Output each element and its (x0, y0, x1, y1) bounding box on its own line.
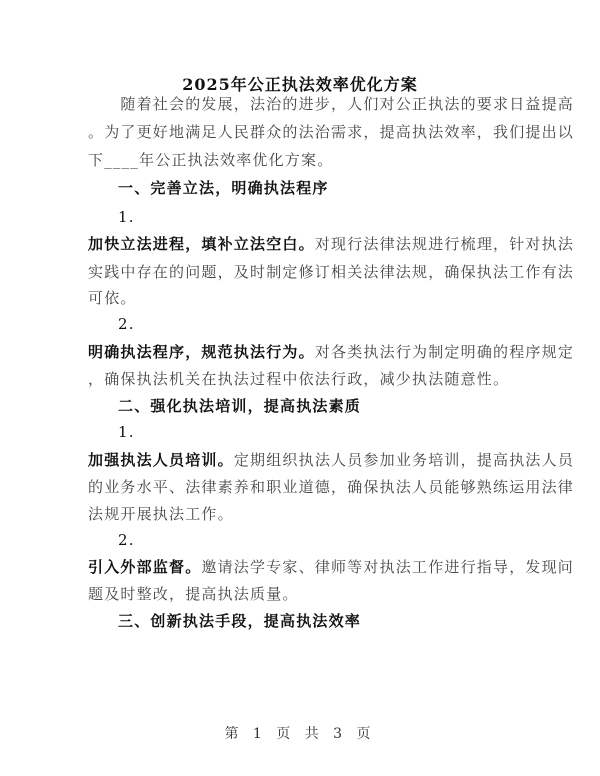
section-1-item-1-line-3: 可依。 (88, 288, 512, 308)
intro-line-1: 随着社会的发展，法治的进步，人们对公正执法的要求日益提高 (88, 94, 512, 114)
document-title: 2025年公正执法效率优化方案 (0, 72, 600, 95)
section-2-item-2-number: 2. (118, 530, 542, 550)
section-1-item-1-lead: 加快立法进程，填补立法空白。 (88, 235, 315, 253)
section-2-item-1-line-3: 法规开展执法工作。 (88, 504, 512, 524)
section-1-item-2-lead: 明确执法程序，规范执法行为。 (88, 343, 315, 361)
section-1-item-1-text: 对现行法律法规进行梳理，针对执法 (315, 235, 574, 253)
section-2-item-2-line-2: 题及时整改，提高执法质量。 (88, 584, 512, 604)
section-1-heading: 一、完善立法，明确执法程序 (118, 178, 542, 198)
section-2-item-2-line-1: 引入外部监督。邀请法学专家、律师等对执法工作进行指导，发现问 (88, 557, 512, 577)
section-2-item-1-line-1: 加强执法人员培训。定期组织执法人员参加业务培训，提高执法人员 (88, 450, 512, 470)
section-2-item-1-number: 1. (118, 422, 542, 442)
document-page: 2025年公正执法效率优化方案 随着社会的发展，法治的进步，人们对公正执法的要求… (0, 0, 600, 776)
section-2-item-2-lead: 引入外部监督。 (88, 558, 201, 576)
section-2-item-1-text: 定期组织执法人员参加业务培训，提高执法人员 (234, 451, 574, 469)
section-1-item-2-line-1: 明确执法程序，规范执法行为。对各类执法行为制定明确的程序规定 (88, 342, 512, 362)
section-2-heading: 二、强化执法培训，提高执法素质 (118, 396, 542, 416)
section-1-item-2-text: 对各类执法行为制定明确的程序规定 (315, 343, 574, 361)
section-1-item-1-line-2: 实践中存在的问题，及时制定修订相关法律法规，确保执法工作有法 (88, 262, 512, 282)
section-1-item-2-line-2: ，确保执法机关在执法过程中依法行政，减少执法随意性。 (88, 369, 512, 389)
section-1-item-2-number: 2. (118, 314, 542, 334)
section-1-item-1-line-1: 加快立法进程，填补立法空白。对现行法律法规进行梳理，针对执法 (88, 234, 512, 254)
section-2-item-2-text: 邀请法学专家、律师等对执法工作进行指导，发现问 (201, 558, 574, 576)
section-2-item-1-line-2: 的业务水平、法律素养和职业道德，确保执法人员能够熟练运用法律 (88, 477, 512, 497)
section-3-heading: 三、创新执法手段，提高执法效率 (118, 611, 542, 631)
section-2-item-1-lead: 加强执法人员培训。 (88, 451, 234, 469)
section-1-item-1-number: 1. (118, 207, 542, 227)
intro-line-2: 。为了更好地满足人民群众的法治需求，提高执法效率，我们提出以 (88, 122, 512, 142)
page-indicator: 第 1 页 共 3 页 (0, 723, 600, 743)
intro-line-3: 下____年公正执法效率优化方案。 (88, 150, 512, 170)
